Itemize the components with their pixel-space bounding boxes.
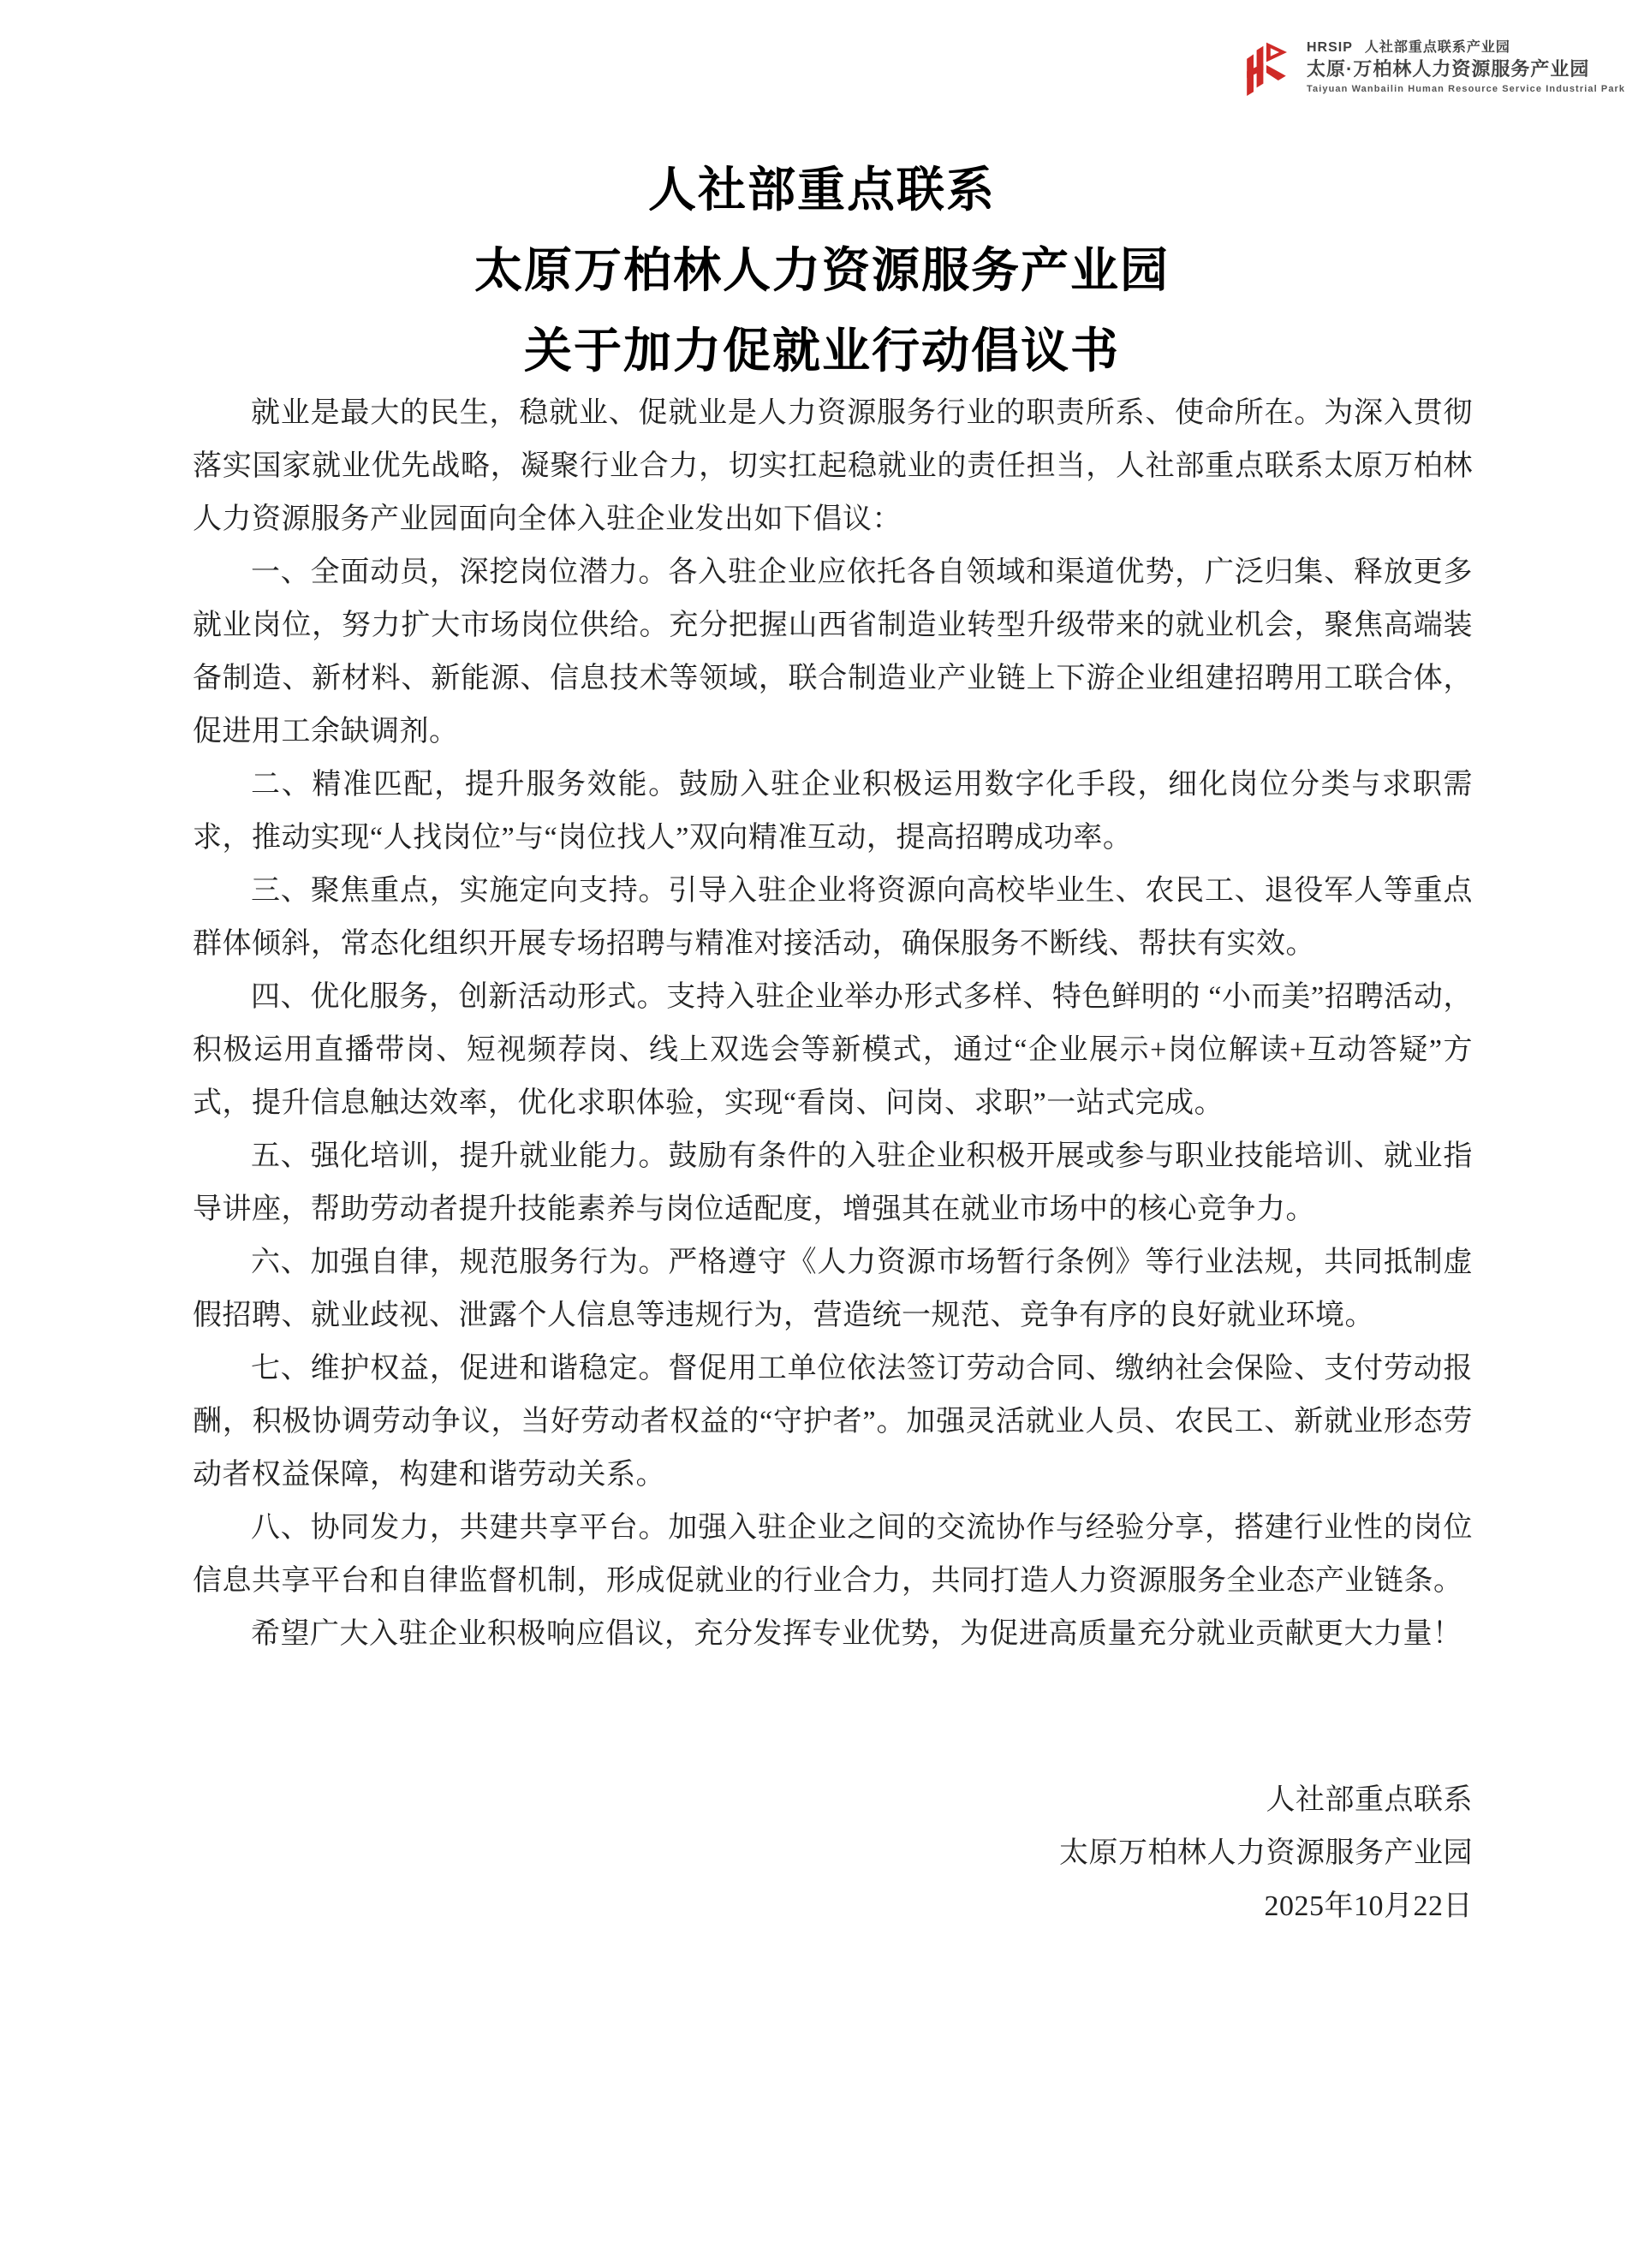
hrsip-monogram-icon (1240, 39, 1293, 96)
paragraph-item-2: 二、精准匹配，提升服务效能。鼓励入驻企业积极运用数字化手段，细化岗位分类与求职需… (193, 759, 1473, 865)
logo-park-name-zh: 太原·万柏林人力资源服务产业园 (1307, 58, 1625, 80)
signature-org-line-2: 太原万柏林人力资源服务产业园 (193, 1827, 1473, 1880)
park-logo: HRSIP 人社部重点联系产业园 太原·万柏林人力资源服务产业园 Taiyuan… (1240, 39, 1625, 96)
title-line-2: 太原万柏林人力资源服务产业园 (0, 231, 1644, 312)
signature-block: 人社部重点联系 太原万柏林人力资源服务产业园 2025年10月22日 (193, 1774, 1473, 1933)
document-body: 就业是最大的民生，稳就业、促就业是人力资源服务行业的职责所系、使命所在。为深入贯… (193, 387, 1473, 1661)
document-title: 人社部重点联系 太原万柏林人力资源服务产业园 关于加力促就业行动倡议书 (0, 151, 1644, 392)
paragraph-closing: 希望广大入驻企业积极响应倡议，充分发挥专业优势，为促进高质量充分就业贡献更大力量… (193, 1608, 1473, 1661)
title-line-1: 人社部重点联系 (0, 151, 1644, 231)
paragraph-item-8: 八、协同发力，共建共享平台。加强入驻企业之间的交流协作与经验分享，搭建行业性的岗… (193, 1502, 1473, 1608)
paragraph-item-6: 六、加强自律，规范服务行为。严格遵守《人力资源市场暂行条例》等行业法规，共同抵制… (193, 1236, 1473, 1342)
logo-top-line: HRSIP 人社部重点联系产业园 (1307, 40, 1625, 56)
logo-acronym: HRSIP (1307, 40, 1353, 56)
logo-tagline: 人社部重点联系产业园 (1365, 40, 1510, 56)
document-page: HRSIP 人社部重点联系产业园 太原·万柏林人力资源服务产业园 Taiyuan… (0, 0, 1644, 2268)
paragraph-intro: 就业是最大的民生，稳就业、促就业是人力资源服务行业的职责所系、使命所在。为深入贯… (193, 387, 1473, 546)
paragraph-item-4: 四、优化服务，创新活动形式。支持入驻企业举办形式多样、特色鲜明的 “小而美”招聘… (193, 971, 1473, 1130)
paragraph-item-1: 一、全面动员，深挖岗位潜力。各入驻企业应依托各自领域和渠道优势，广泛归集、释放更… (193, 546, 1473, 759)
title-line-3: 关于加力促就业行动倡议书 (0, 312, 1644, 392)
signature-date: 2025年10月22日 (193, 1880, 1473, 1933)
paragraph-item-3: 三、聚焦重点，实施定向支持。引导入驻企业将资源向高校毕业生、农民工、退役军人等重… (193, 865, 1473, 971)
logo-text-block: HRSIP 人社部重点联系产业园 太原·万柏林人力资源服务产业园 Taiyuan… (1307, 40, 1625, 95)
logo-park-name-en: Taiyuan Wanbailin Human Resource Service… (1307, 84, 1625, 95)
signature-org-line-1: 人社部重点联系 (193, 1774, 1473, 1827)
paragraph-item-7: 七、维护权益，促进和谐稳定。督促用工单位依法签订劳动合同、缴纳社会保险、支付劳动… (193, 1342, 1473, 1502)
paragraph-item-5: 五、强化培训，提升就业能力。鼓励有条件的入驻企业积极开展或参与职业技能培训、就业… (193, 1130, 1473, 1236)
